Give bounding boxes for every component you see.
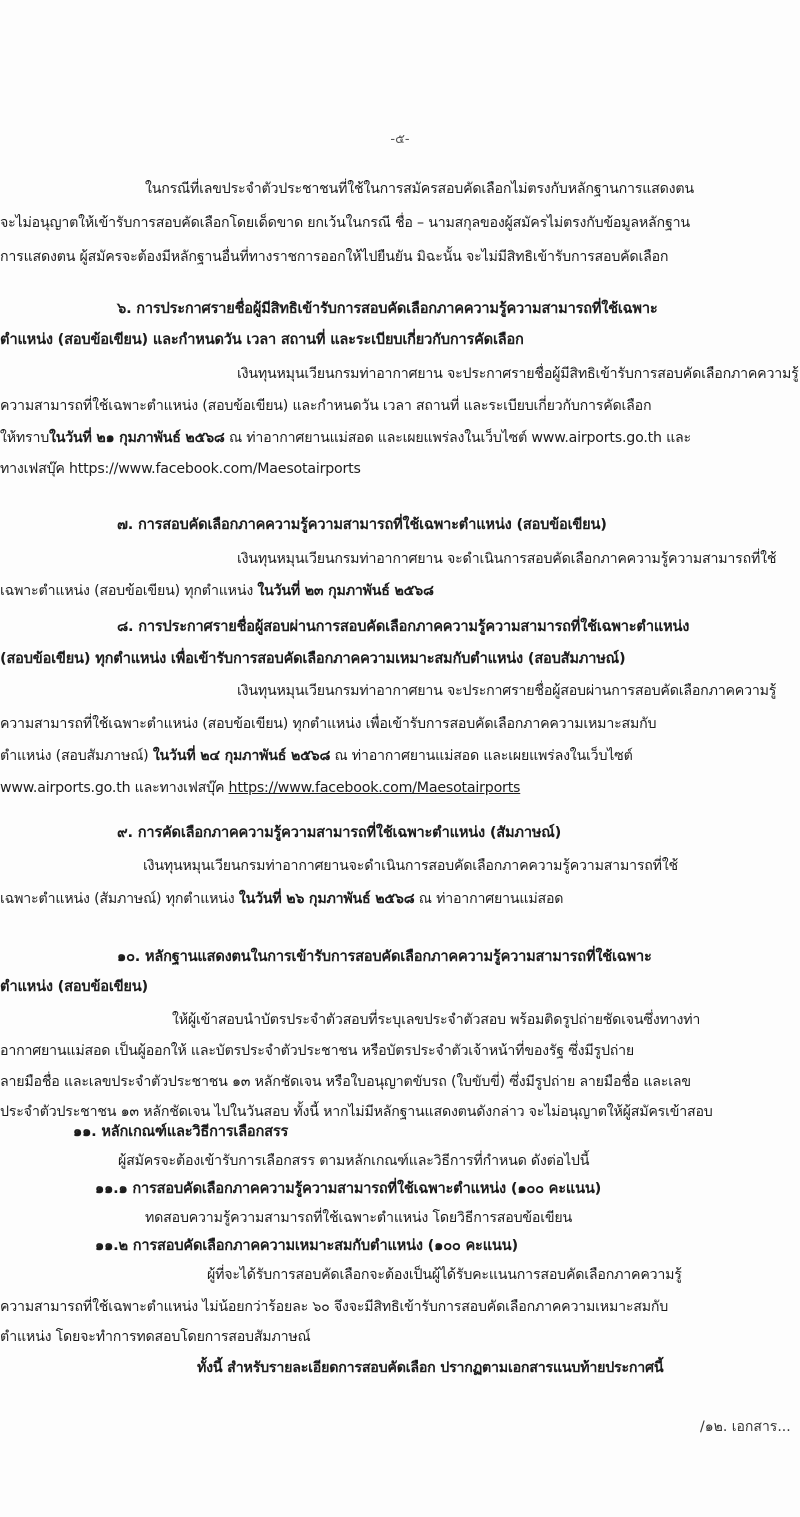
section10-body-3: ลายมือชื่อ และเลขประจำตัวประชาชน ๑๓ หลัก… <box>0 1069 800 1095</box>
section10-heading-1: ๑๐. หลักฐานแสดงตนในการเข้ารับการสอบคัดเล… <box>0 944 800 970</box>
section11-1-heading: ๑๑.๑ การสอบคัดเลือกภาคความรู้ความสามารถท… <box>0 1176 800 1202</box>
section10-body-2: อากาศยานแม่สอด เป็นผู้ออกให้ และบัตรประจ… <box>0 1038 800 1064</box>
section9-body-1: เงินทุนหมุนเวียนกรมท่าอากาศยานจะดำเนินกา… <box>0 853 800 879</box>
intro-line-2: จะไม่อนุญาตให้เข้ารับการสอบคัดเลือกโดยเด… <box>0 210 800 236</box>
intro-line-3: การแสดงตน ผู้สมัครจะต้องมีหลักฐานอื่นที่… <box>0 244 800 270</box>
section7-body-2: เฉพาะตำแหน่ง (สอบข้อเขียน) ทุกตำแหน่ง ใน… <box>0 578 800 604</box>
section8-body-2: ความสามารถที่ใช้เฉพาะตำแหน่ง (สอบข้อเขีย… <box>0 711 800 737</box>
continuation-footer: /๑๒. เอกสาร... <box>700 1416 791 1438</box>
section6-body-1: เงินทุนหมุนเวียนกรมท่าอากาศยาน จะประกาศร… <box>0 361 800 387</box>
section9-body-2: เฉพาะตำแหน่ง (สัมภาษณ์) ทุกตำแหน่ง ในวัน… <box>0 886 800 912</box>
section7-heading: ๗. การสอบคัดเลือกภาคความรู้ความสามารถที่… <box>0 512 800 538</box>
section9-heading: ๙. การคัดเลือกภาคความรู้ความสามารถที่ใช้… <box>0 820 800 846</box>
written-exam-date: ในวันที่ ๒๓ กุมภาพันธ์ ๒๕๖๘ <box>257 583 433 599</box>
pass-announcement-date: ในวันที่ ๒๔ กุมภาพันธ์ ๒๕๖๘ <box>153 748 330 764</box>
page-number: -๕- <box>0 128 800 149</box>
closing-note: ทั้งนี้ สำหรับรายละเอียดการสอบคัดเลือก ป… <box>0 1355 800 1381</box>
section6-heading-2: ตำแหน่ง (สอบข้อเขียน) และกำหนดวัน เวลา ส… <box>0 327 800 353</box>
section6-body-3: ให้ทราบในวันที่ ๒๑ กุมภาพันธ์ ๒๕๖๘ ณ ท่า… <box>0 425 800 451</box>
intro-line-1: ในกรณีที่เลขประจำตัวประชาชนที่ใช้ในการสม… <box>0 176 800 202</box>
document-page: -๕- ในกรณีที่เลขประจำตัวประชาชนที่ใช้ในก… <box>0 0 800 1517</box>
section10-heading-2: ตำแหน่ง (สอบข้อเขียน) <box>0 974 800 1000</box>
section11-heading: ๑๑. หลักเกณฑ์และวิธีการเลือกสรร <box>0 1119 800 1145</box>
announcement-date: ในวันที่ ๒๑ กุมภาพันธ์ ๒๕๖๘ <box>49 430 225 446</box>
facebook-link[interactable]: https://www.facebook.com/Maesotairports <box>229 780 521 796</box>
section8-body-1: เงินทุนหมุนเวียนกรมท่าอากาศยาน จะประกาศร… <box>0 678 800 704</box>
section11-2-body-1: ผู้ที่จะได้รับการสอบคัดเลือกจะต้องเป็นผู… <box>0 1262 800 1288</box>
section8-body-3: ตำแหน่ง (สอบสัมภาษณ์) ในวันที่ ๒๔ กุมภาพ… <box>0 743 800 769</box>
interview-date: ในวันที่ ๒๖ กุมภาพันธ์ ๒๕๖๘ <box>239 891 415 907</box>
section8-heading-2: (สอบข้อเขียน) ทุกตำแหน่ง เพื่อเข้ารับการ… <box>0 646 800 672</box>
section8-body-4: www.airports.go.th และทางเฟสบุ๊ค https:/… <box>0 775 800 801</box>
section6-body-2: ความสามารถที่ใช้เฉพาะตำแหน่ง (สอบข้อเขีย… <box>0 393 800 419</box>
section11-1-body: ทดสอบความรู้ความสามารถที่ใช้เฉพาะตำแหน่ง… <box>0 1205 800 1231</box>
section11-2-body-3: ตำแหน่ง โดยจะทำการทดสอบโดยการสอบสัมภาษณ์ <box>0 1324 800 1350</box>
section11-intro: ผู้สมัครจะต้องเข้ารับการเลือกสรร ตามหลัก… <box>0 1148 800 1174</box>
section6-heading-1: ๖. การประกาศรายชื่อผู้มีสิทธิเข้ารับการส… <box>0 296 800 322</box>
section7-body-1: เงินทุนหมุนเวียนกรมท่าอากาศยาน จะดำเนินก… <box>0 546 800 572</box>
section10-body-1: ให้ผู้เข้าสอบนำบัตรประจำตัวสอบที่ระบุเลข… <box>0 1007 800 1033</box>
section11-2-body-2: ความสามารถที่ใช้เฉพาะตำแหน่ง ไม่น้อยกว่า… <box>0 1294 800 1320</box>
section8-heading-1: ๘. การประกาศรายชื่อผู้สอบผ่านการสอบคัดเล… <box>0 614 800 640</box>
section6-body-4: ทางเฟสบุ๊ค https://www.facebook.com/Maes… <box>0 456 800 482</box>
section11-2-heading: ๑๑.๒ การสอบคัดเลือกภาคความเหมาะสมกับตำแห… <box>0 1233 800 1259</box>
